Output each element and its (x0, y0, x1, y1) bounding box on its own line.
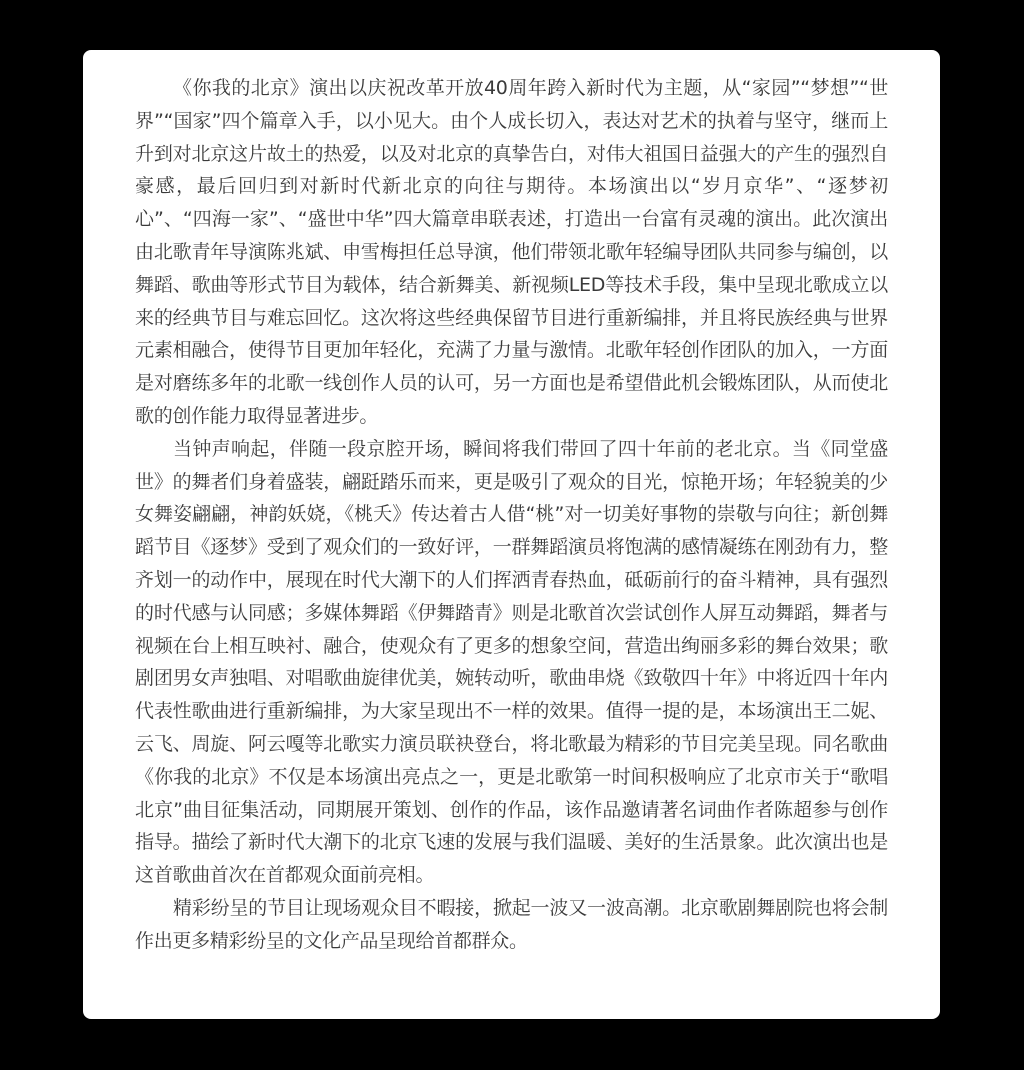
article-paragraph-3: 精彩纷呈的节目让现场观众目不暇接，掀起一波又一波高潮。北京歌剧舞剧院也将会制作出… (135, 892, 888, 958)
article-paragraph-2: 当钟声响起，伴随一段京腔开场，瞬间将我们带回了四十年前的老北京。当《同堂盛世》的… (135, 433, 888, 892)
article-card: 《你我的北京》演出以庆祝改革开放40周年跨入新时代为主题，从“家园”“梦想”“世… (83, 50, 940, 1019)
article-paragraph-1: 《你我的北京》演出以庆祝改革开放40周年跨入新时代为主题，从“家园”“梦想”“世… (135, 72, 888, 433)
